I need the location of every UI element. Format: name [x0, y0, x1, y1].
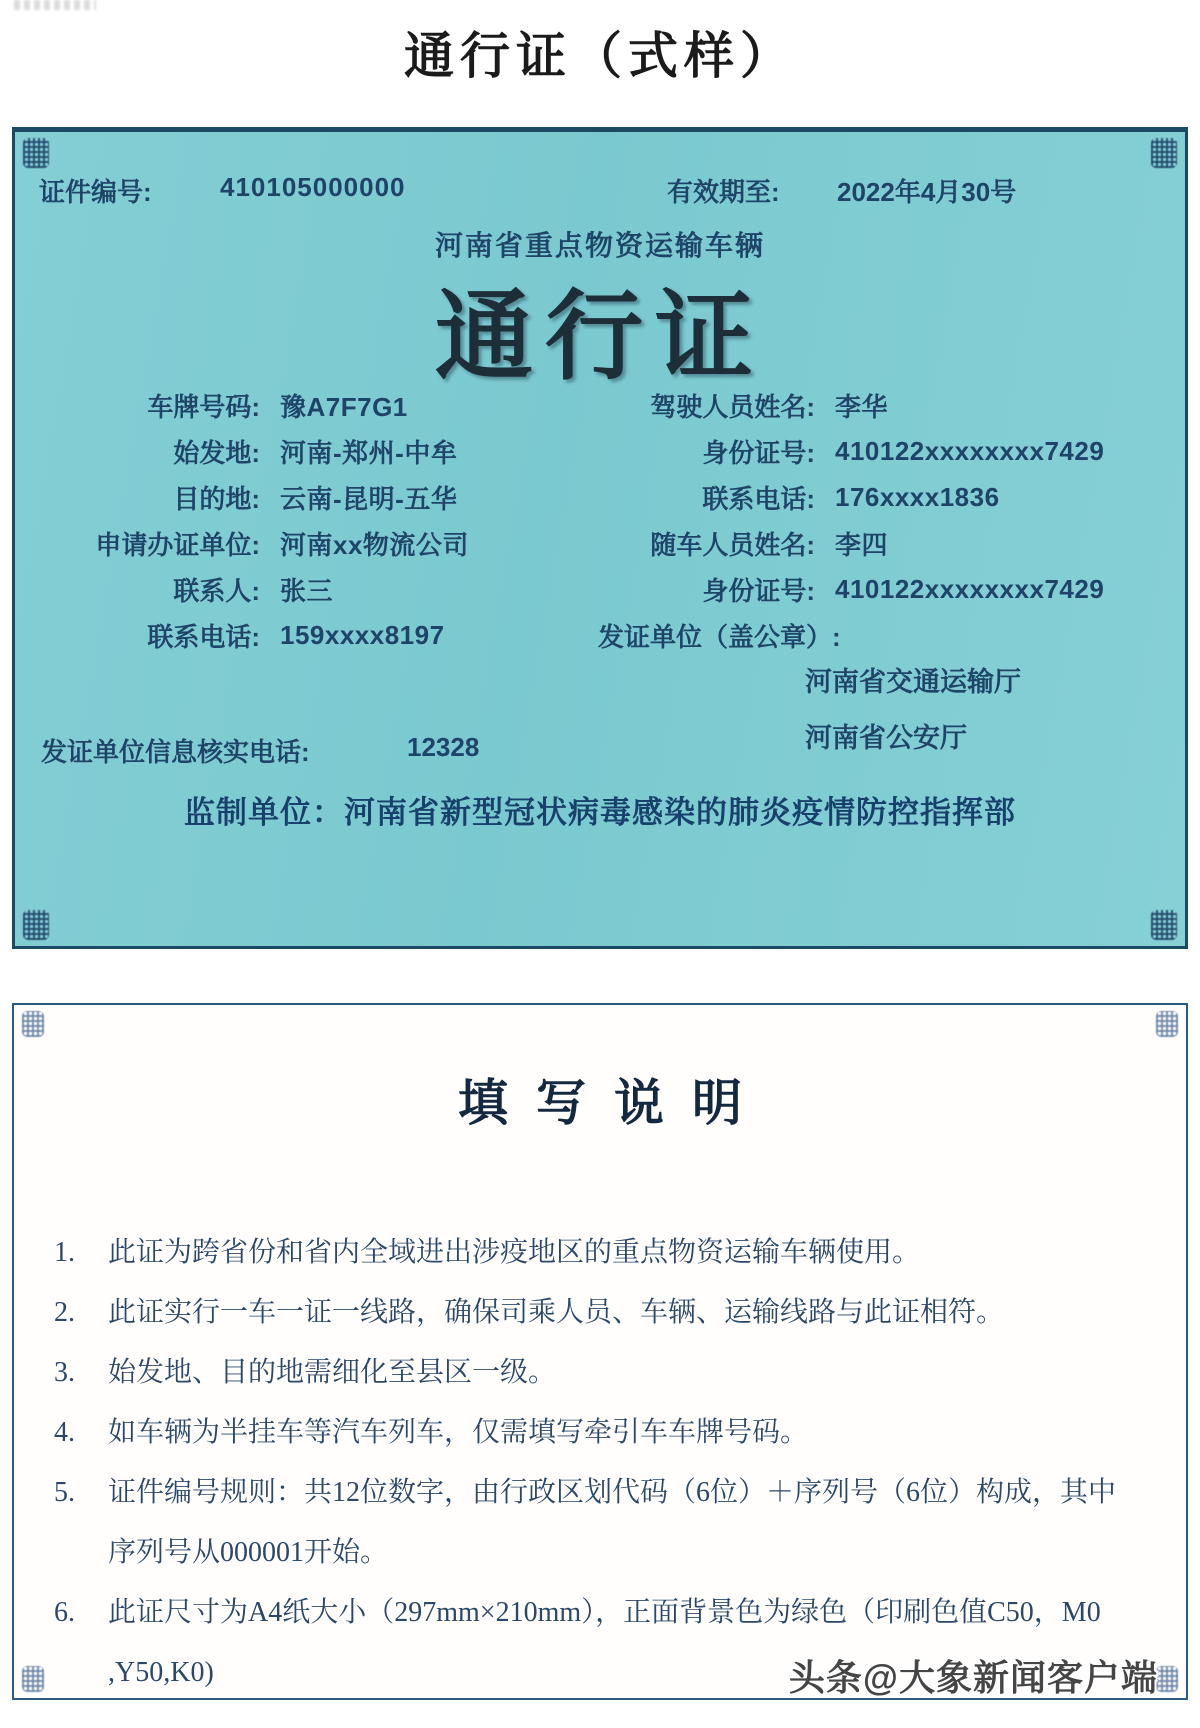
field-value: 豫A7F7G1: [260, 387, 580, 424]
corner-ornament-icon: [1156, 1011, 1178, 1037]
corner-ornament-icon: [23, 138, 49, 168]
field-value: 张三: [260, 571, 580, 608]
field-value: 李四: [815, 525, 1161, 562]
valid-until-value: 2022年4月30号: [837, 172, 1016, 209]
list-item-text: 证件编号规则：共12位数字，由行政区划代码（6位）＋序列号（6位）构成，其中序列…: [108, 1463, 1118, 1583]
field-label: 身份证号:: [580, 433, 815, 470]
list-item: 1. 此证为跨省份和省内全域进出涉疫地区的重点物资运输车辆使用。: [54, 1223, 1148, 1283]
field-label: 目的地:: [45, 479, 260, 516]
scan-artifact: [14, 0, 96, 10]
cert-number-value: 410105000000: [220, 172, 406, 203]
instructions-box: 填写说明 1. 此证为跨省份和省内全域进出涉疫地区的重点物资运输车辆使用。 2.…: [12, 1003, 1188, 1700]
issuer-transport-dept: 河南省交通运输厅: [805, 654, 1021, 710]
field-value: 河南-郑州-中牟: [260, 433, 580, 470]
list-item-text: 始发地、目的地需细化至县区一级。: [108, 1343, 1118, 1403]
instructions-title: 填写说明: [14, 1063, 1186, 1135]
corner-ornament-icon: [23, 910, 49, 940]
news-watermark: 头条@大象新闻客户端: [789, 1650, 1158, 1701]
instructions-list: 1. 此证为跨省份和省内全域进出涉疫地区的重点物资运输车辆使用。 2. 此证实行…: [54, 1223, 1148, 1703]
list-item-number: 4.: [54, 1403, 108, 1463]
field-value: 河南xx物流公司: [260, 525, 580, 562]
valid-until-label: 有效期至:: [667, 172, 780, 209]
list-item-text: 此证实行一车一证一线路，确保司乘人员、车辆、运输线路与此证相符。: [108, 1283, 1118, 1343]
list-item-number: 5.: [54, 1463, 108, 1583]
list-item: 3. 始发地、目的地需细化至县区一级。: [54, 1343, 1148, 1403]
corner-ornament-icon: [1151, 910, 1177, 940]
field-value: 176xxxx1836: [815, 482, 1161, 513]
cert-number-label: 证件编号:: [39, 172, 152, 209]
list-item-number: 3.: [54, 1343, 108, 1403]
field-label: 身份证号:: [580, 571, 815, 608]
card-fields-grid: 车牌号码: 豫A7F7G1 驾驶人员姓名: 李华 始发地: 河南-郑州-中牟 身…: [45, 382, 1161, 658]
field-label: 联系电话:: [580, 479, 815, 516]
page-title: 通行证（式样）: [0, 16, 1200, 88]
field-label: 申请办证单位:: [45, 525, 260, 562]
permit-card: 证件编号: 410105000000 有效期至: 2022年4月30号 河南省重…: [12, 127, 1188, 949]
field-value: 410122xxxxxxxx7429: [815, 574, 1161, 605]
field-label: 车牌号码:: [45, 387, 260, 424]
field-label: 联系电话:: [45, 617, 260, 654]
list-item-number: 2.: [54, 1283, 108, 1343]
list-item-number: 1.: [54, 1223, 108, 1283]
field-value: 云南-昆明-五华: [260, 479, 580, 516]
field-value: 李华: [815, 387, 1161, 424]
corner-ornament-icon: [1151, 138, 1177, 168]
issuer-seal-label: 发证单位（盖公章）:: [580, 617, 1161, 654]
issuer-public-security-dept: 河南省公安厅: [805, 710, 1021, 766]
corner-ornament-icon: [22, 1011, 44, 1037]
field-value: 159xxxx8197: [260, 620, 580, 651]
list-item: 2. 此证实行一车一证一线路，确保司乘人员、车辆、运输线路与此证相符。: [54, 1283, 1148, 1343]
field-label: 始发地:: [45, 433, 260, 470]
verify-phone-value: 12328: [407, 732, 479, 763]
list-item-text: 此证为跨省份和省内全域进出涉疫地区的重点物资运输车辆使用。: [108, 1223, 1118, 1283]
corner-ornament-icon: [22, 1666, 44, 1692]
field-label: 联系人:: [45, 571, 260, 608]
field-label: 随车人员姓名:: [580, 525, 815, 562]
list-item-text: 如车辆为半挂车等汽车列车，仅需填写牵引车车牌号码。: [108, 1403, 1118, 1463]
card-big-title: 通行证: [15, 258, 1185, 399]
field-label: 驾驶人员姓名:: [580, 387, 815, 424]
list-item-number: 6.: [54, 1583, 108, 1703]
list-item: 5. 证件编号规则：共12位数字，由行政区划代码（6位）＋序列号（6位）构成，其…: [54, 1463, 1148, 1583]
list-item: 4. 如车辆为半挂车等汽车列车，仅需填写牵引车车牌号码。: [54, 1403, 1148, 1463]
verify-phone-label: 发证单位信息核实电话:: [41, 732, 310, 769]
supervisor-line: 监制单位：河南省新型冠状病毒感染的肺炎疫情防控指挥部: [15, 787, 1185, 832]
corner-ornament-icon: [1156, 1666, 1178, 1692]
issuer-names: 河南省交通运输厅 河南省公安厅: [805, 654, 1021, 766]
field-value: 410122xxxxxxxx7429: [815, 436, 1161, 467]
